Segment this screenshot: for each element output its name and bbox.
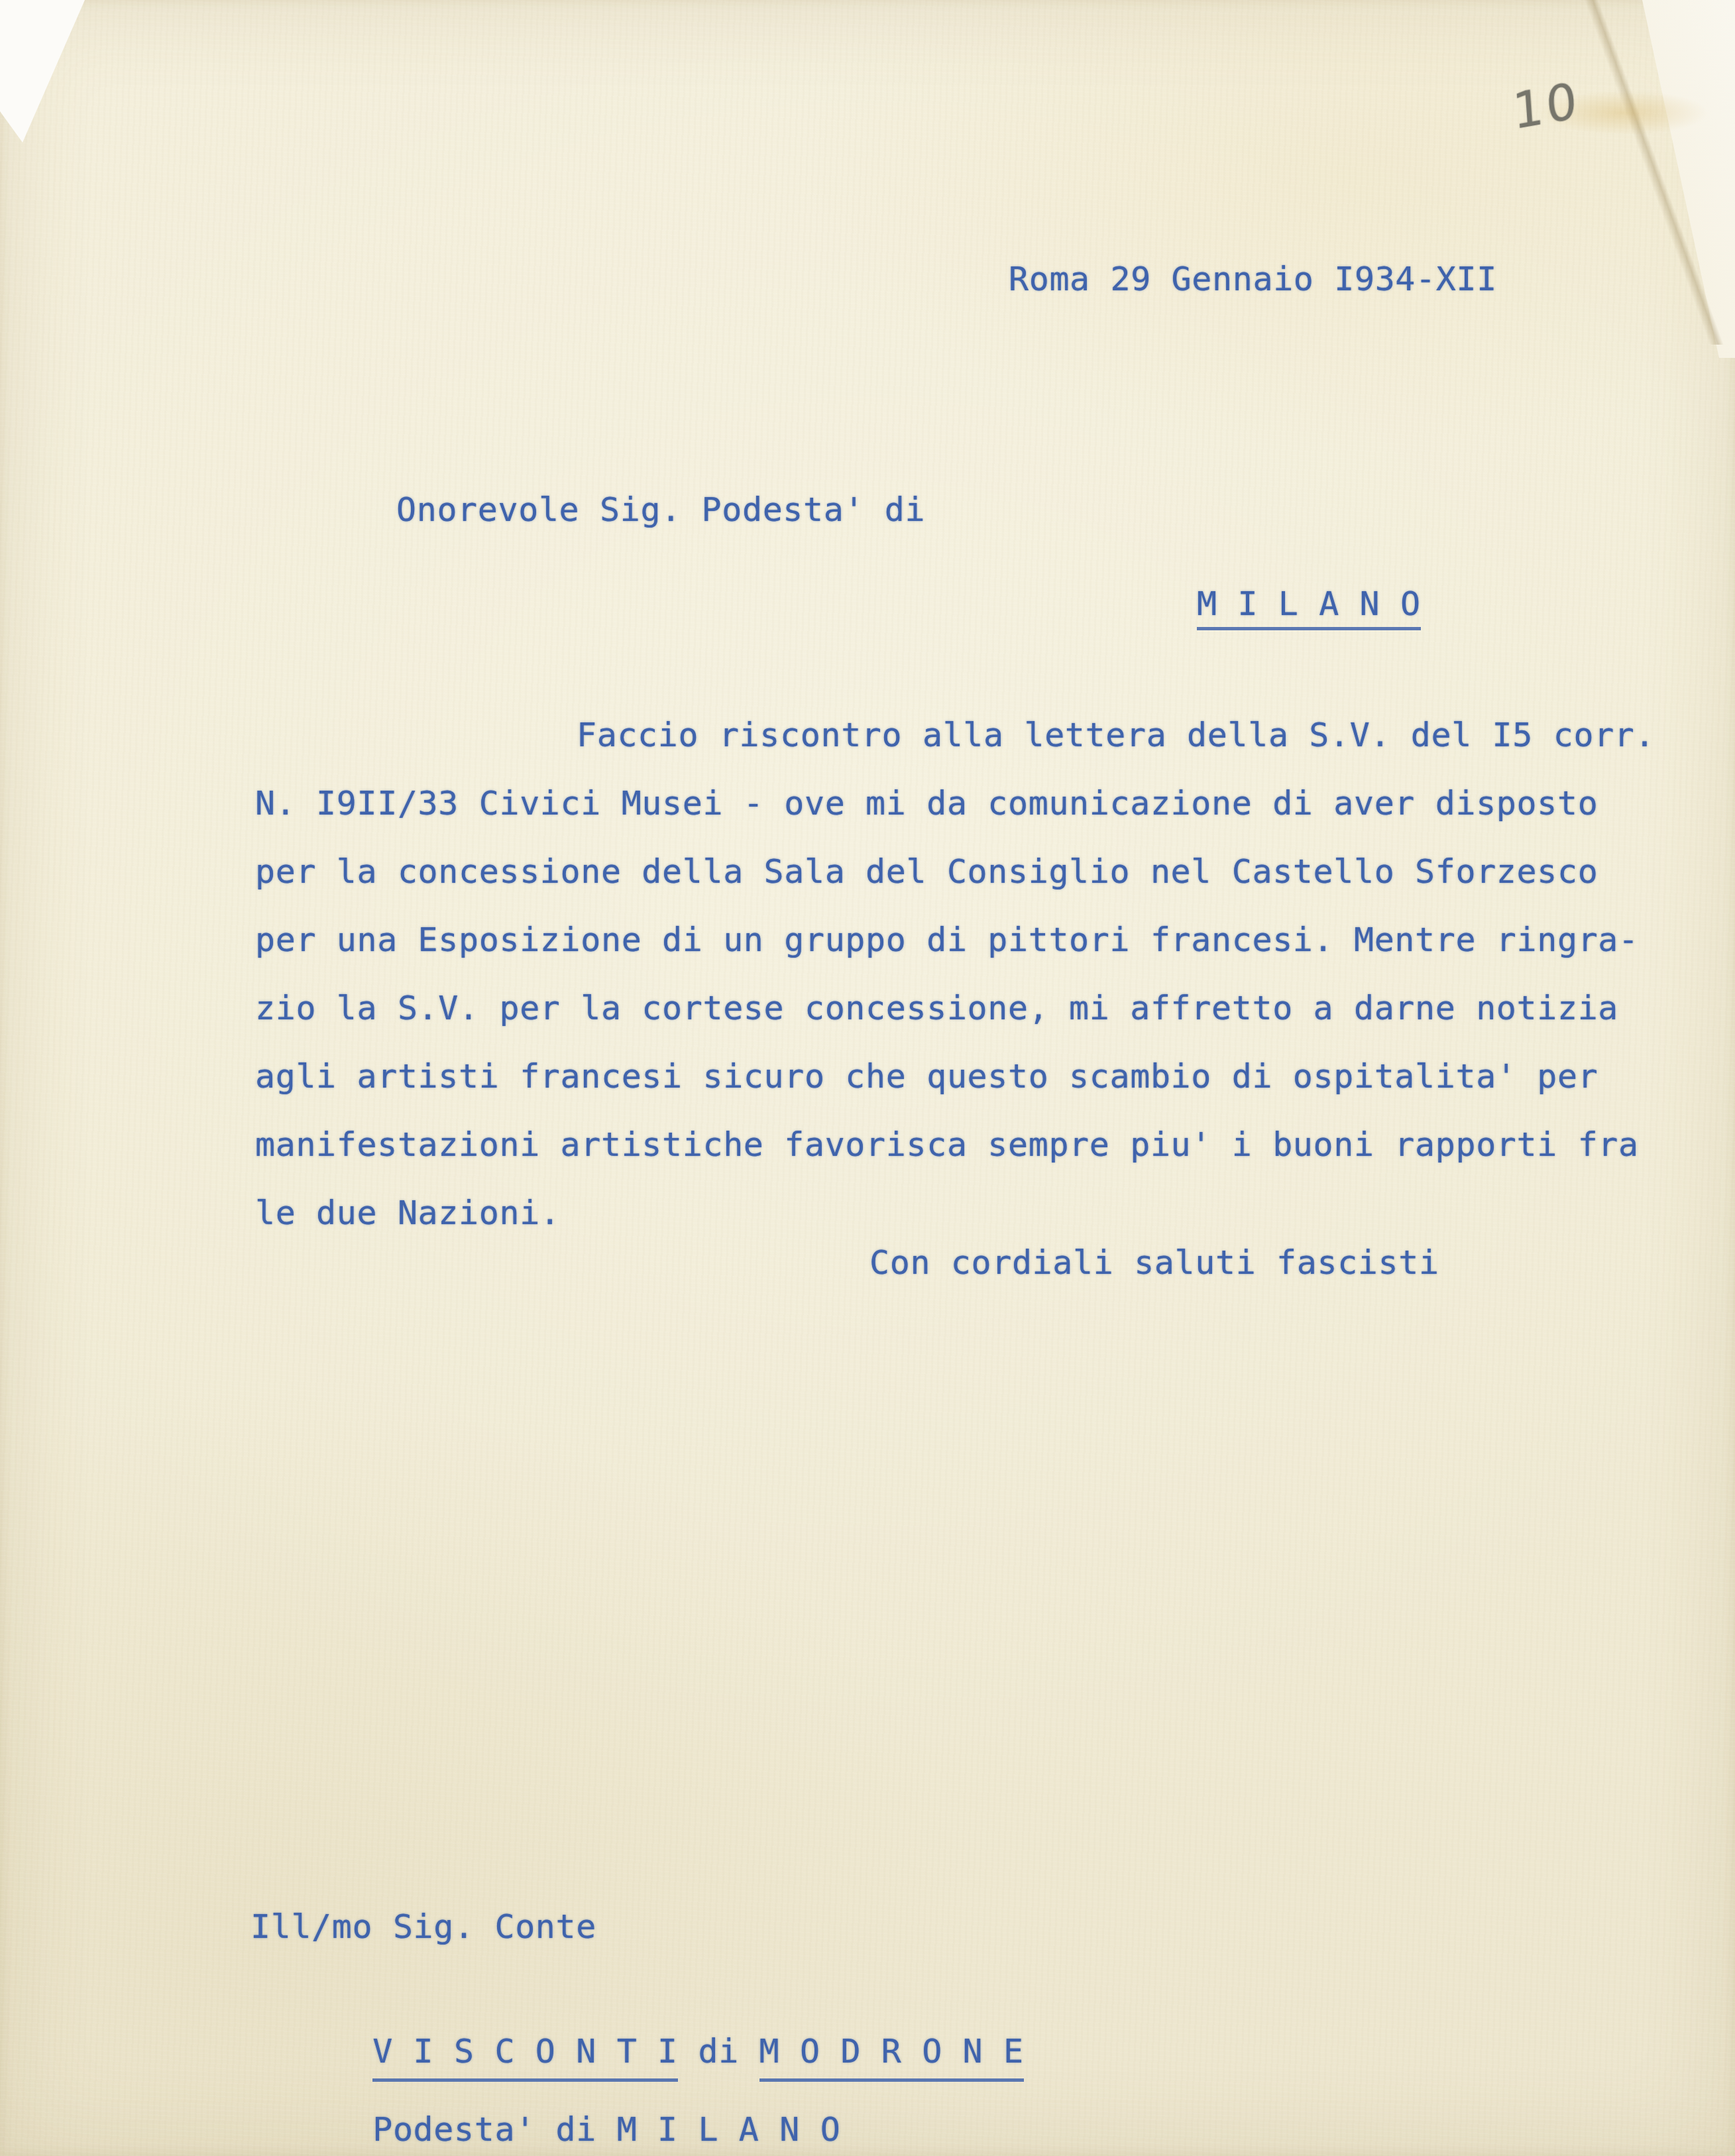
scanned-letter-page: 10 Roma 29 Gennaio I934-XII Onorevole Si… [0, 0, 1735, 2156]
letter-body: Faccio riscontro alla lettera della S.V.… [255, 701, 1655, 1247]
recipient-address-block: Ill/mo Sig. Conte V I S C O N T I di M O… [251, 1903, 1024, 2138]
closing-salute: Con cordiali saluti fascisti [869, 1243, 1439, 1282]
body-line: le due Nazioni. [255, 1179, 1655, 1247]
salutation-city-underlined: M I L A N O [1197, 585, 1421, 630]
salutation-line: Onorevole Sig. Podesta' di [396, 490, 925, 529]
recipient-city-underlined: M I L A N O [617, 2106, 841, 2156]
body-line: per la concessione della Sala del Consig… [255, 838, 1655, 906]
recipient-office-prefix: Podesta' di [372, 2110, 616, 2149]
body-line: Faccio riscontro alla lettera della S.V.… [255, 701, 1655, 769]
recipient-office: Podesta' di M I L A N O [251, 2060, 1024, 2138]
body-line: zio la S.V. per la cortese concessione, … [255, 974, 1655, 1043]
body-line: per una Esposizione di un gruppo di pitt… [255, 906, 1655, 974]
recipient-title: Ill/mo Sig. Conte [251, 1903, 1024, 1982]
salutation-city: M I L A N O [1197, 585, 1421, 623]
body-line: manifestazioni artistiche favorisca semp… [255, 1111, 1655, 1179]
body-line: agli artisti francesi sicuro che questo … [255, 1043, 1655, 1111]
handwritten-page-number: 10 [1511, 72, 1582, 141]
dateline: Roma 29 Gennaio I934-XII [1009, 260, 1497, 298]
recipient-name: V I S C O N T I di M O D R O N E [251, 1982, 1024, 2060]
body-line: N. I9II/33 Civici Musei - ove mi da comu… [255, 769, 1655, 838]
